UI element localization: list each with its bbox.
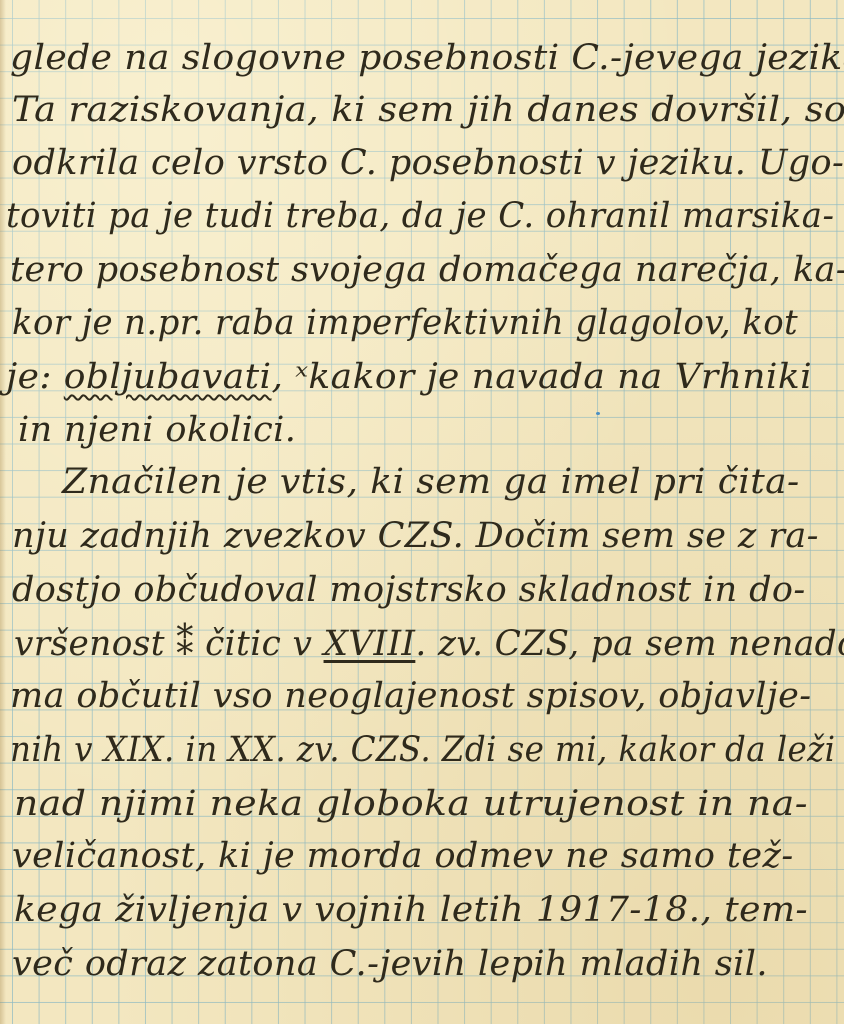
- text-line-7-start: je:: [6, 357, 64, 397]
- text-line-7: je: obljubavati, ˣkakor je navada na Vrh…: [6, 357, 812, 397]
- text-line-18: več odraz zatona C.-jevih lepih mladih s…: [12, 944, 768, 984]
- underlined-word-obljubavati: obljubavati: [64, 357, 272, 397]
- text-line-16: veličanost, ki je morda odmev ne samo te…: [12, 836, 794, 876]
- page-edge-shadow: [0, 0, 6, 1024]
- text-line-12-start: vršenost ⁑ čitic v: [14, 624, 324, 664]
- text-line-13: ma občutil vso neoglajenost spisov, obja…: [10, 676, 811, 716]
- text-line-4: toviti pa je tudi treba, da je C. ohrani…: [6, 196, 834, 236]
- blue-ink-spot: [596, 412, 600, 415]
- underlined-roman-numeral: XVIII: [324, 624, 416, 664]
- text-line-15: nad njimi neka globoka utrujenost in na-: [14, 784, 808, 824]
- notebook-page: glede na slogovne posebnosti C.-jevega j…: [0, 0, 844, 1024]
- text-line-12: vršenost ⁑ čitic v XVIII. zv. CZS, pa se…: [14, 624, 844, 664]
- text-line-10: nju zadnjih zvezkov CZS. Dočim sem se z …: [12, 516, 819, 556]
- text-line-2: Ta raziskovanja, ki sem jih danes dovrši…: [12, 90, 844, 130]
- text-line-3: odkrila celo vrsto C. posebnosti v jezik…: [12, 143, 844, 183]
- text-line-17: kega življenja v vojnih letih 1917-18., …: [14, 890, 808, 930]
- text-line-7-end: , ˣkakor je navada na Vrhniki: [271, 357, 812, 397]
- text-line-11: dostjo občudoval mojstrsko skladnost in …: [12, 570, 806, 610]
- text-line-5: tero posebnost svojega domačega narečja,…: [10, 250, 844, 290]
- text-line-14: nih v XIX. in XX. zv. CZS. Zdi se mi, ka…: [10, 730, 835, 770]
- text-line-12-end: . zv. CZS, pa sem nenado-: [415, 624, 844, 664]
- text-line-9: Značilen je vtis, ki sem ga imel pri čit…: [62, 462, 800, 502]
- text-line-1: glede na slogovne posebnosti C.-jevega j…: [10, 38, 844, 78]
- text-line-8: in njeni okolici.: [18, 410, 296, 450]
- text-line-6: kor je n.pr. raba imperfektivnih glagolo…: [12, 303, 798, 343]
